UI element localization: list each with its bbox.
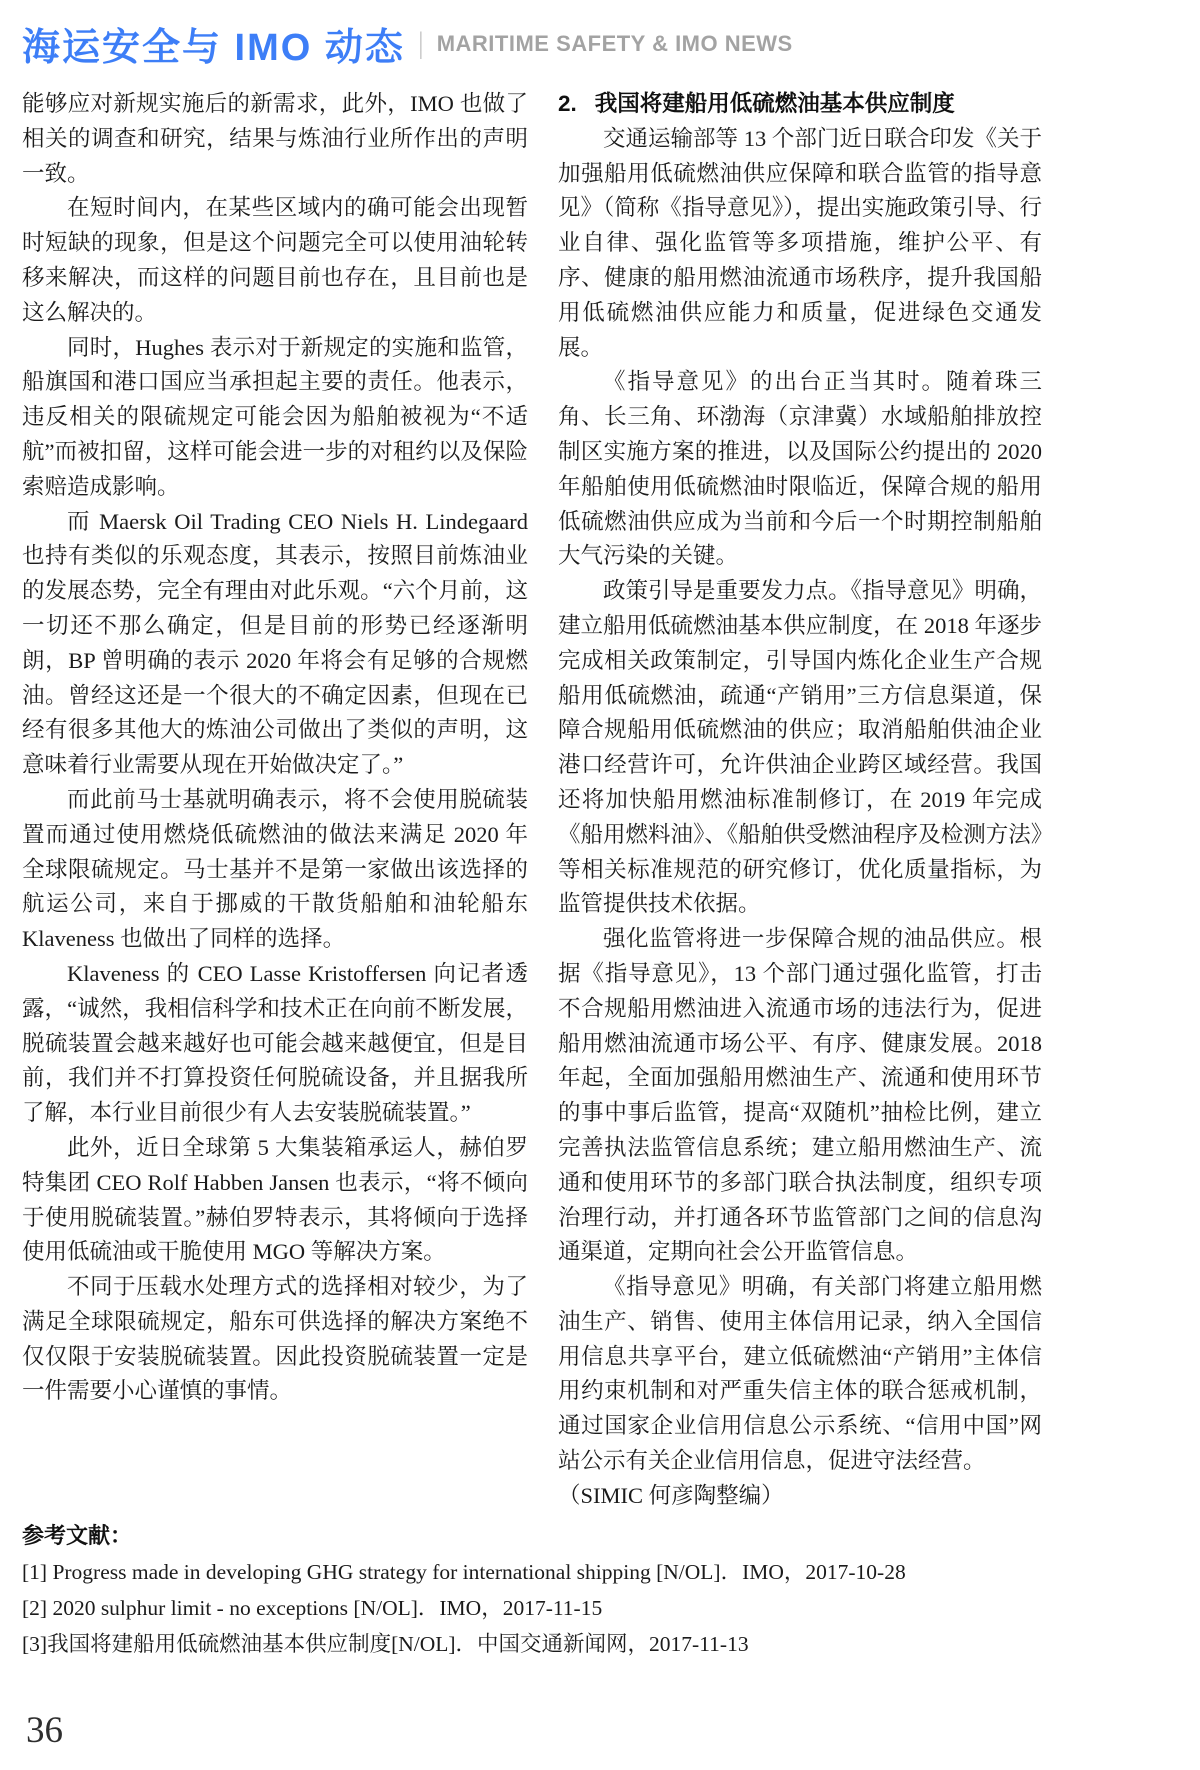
- left-column: 能够应对新规实施后的新需求，此外，IMO 也做了相关的调查和研究，结果与炼油行业…: [22, 87, 528, 1514]
- section-number: 2.: [558, 87, 577, 122]
- paragraph: 《指导意见》明确，有关部门将建立船用燃油生产、销售、使用主体信用记录，纳入全国信…: [558, 1270, 1042, 1479]
- reference-item: [1] Progress made in developing GHG stra…: [22, 1554, 1044, 1590]
- page-number: 36: [26, 1709, 63, 1752]
- article-columns: 能够应对新规实施后的新需求，此外，IMO 也做了相关的调查和研究，结果与炼油行业…: [22, 87, 1044, 1514]
- paragraph: 同时，Hughes 表示对于新规定的实施和监管，船旗国和港口国应当承担起主要的责…: [22, 331, 528, 505]
- paragraph: 能够应对新规实施后的新需求，此外，IMO 也做了相关的调查和研究，结果与炼油行业…: [22, 87, 528, 191]
- header-title-english: MARITIME SAFETY & IMO NEWS: [437, 31, 793, 57]
- reference-item: [2] 2020 sulphur limit - no exceptions […: [22, 1590, 1044, 1626]
- paragraph: 而此前马士基就明确表示，将不会使用脱硫装置而通过使用燃烧低硫燃油的做法来满足 2…: [22, 783, 528, 957]
- paragraph: Klaveness 的 CEO Lasse Kristoffersen 向记者透…: [22, 957, 528, 1131]
- paragraph: 《指导意见》的出台正当其时。随着珠三角、长三角、环渤海（京津冀）水域船舶排放控制…: [558, 365, 1042, 574]
- paragraph: 在短时间内，在某些区域内的确可能会出现暂时短缺的现象，但是这个问题完全可以使用油…: [22, 191, 528, 330]
- paragraph: 强化监管将进一步保障合规的油品供应。根据《指导意见》，13 个部门通过强化监管，…: [558, 922, 1042, 1270]
- header-title-chinese: 海运安全与 IMO 动态: [22, 16, 405, 71]
- reference-item: [3]我国将建船用低硫燃油基本供应制度[N/OL]．中国交通新闻网，2017-1…: [22, 1626, 1044, 1662]
- references-section: 参考文献： [1] Progress made in developing GH…: [22, 1518, 1044, 1662]
- credit-line: （SIMIC 何彦陶整编）: [558, 1479, 1042, 1514]
- paragraph: 政策引导是重要发力点。《指导意见》明确，建立船用低硫燃油基本供应制度，在 201…: [558, 574, 1042, 922]
- paragraph: 此外，近日全球第 5 大集装箱承运人，赫伯罗特集团 CEO Rolf Habbe…: [22, 1131, 528, 1270]
- section-title: 我国将建船用低硫燃油基本供应制度: [595, 91, 955, 116]
- right-column: 2.我国将建船用低硫燃油基本供应制度 交通运输部等 13 个部门近日联合印发《关…: [558, 87, 1042, 1514]
- header-separator: |: [418, 27, 423, 61]
- document-page: 海运安全与 IMO 动态 | MARITIME SAFETY & IMO NEW…: [0, 0, 1200, 1770]
- paragraph: 而 Maersk Oil Trading CEO Niels H. Lindeg…: [22, 505, 528, 783]
- page-header: 海运安全与 IMO 动态 | MARITIME SAFETY & IMO NEW…: [22, 16, 1044, 71]
- references-label: 参考文献：: [22, 1518, 1044, 1554]
- paragraph: 交通运输部等 13 个部门近日联合印发《关于加强船用低硫燃油供应保障和联合监管的…: [558, 122, 1042, 366]
- paragraph: 不同于压载水处理方式的选择相对较少，为了满足全球限硫规定，船东可供选择的解决方案…: [22, 1270, 528, 1409]
- section-heading: 2.我国将建船用低硫燃油基本供应制度: [558, 87, 1042, 122]
